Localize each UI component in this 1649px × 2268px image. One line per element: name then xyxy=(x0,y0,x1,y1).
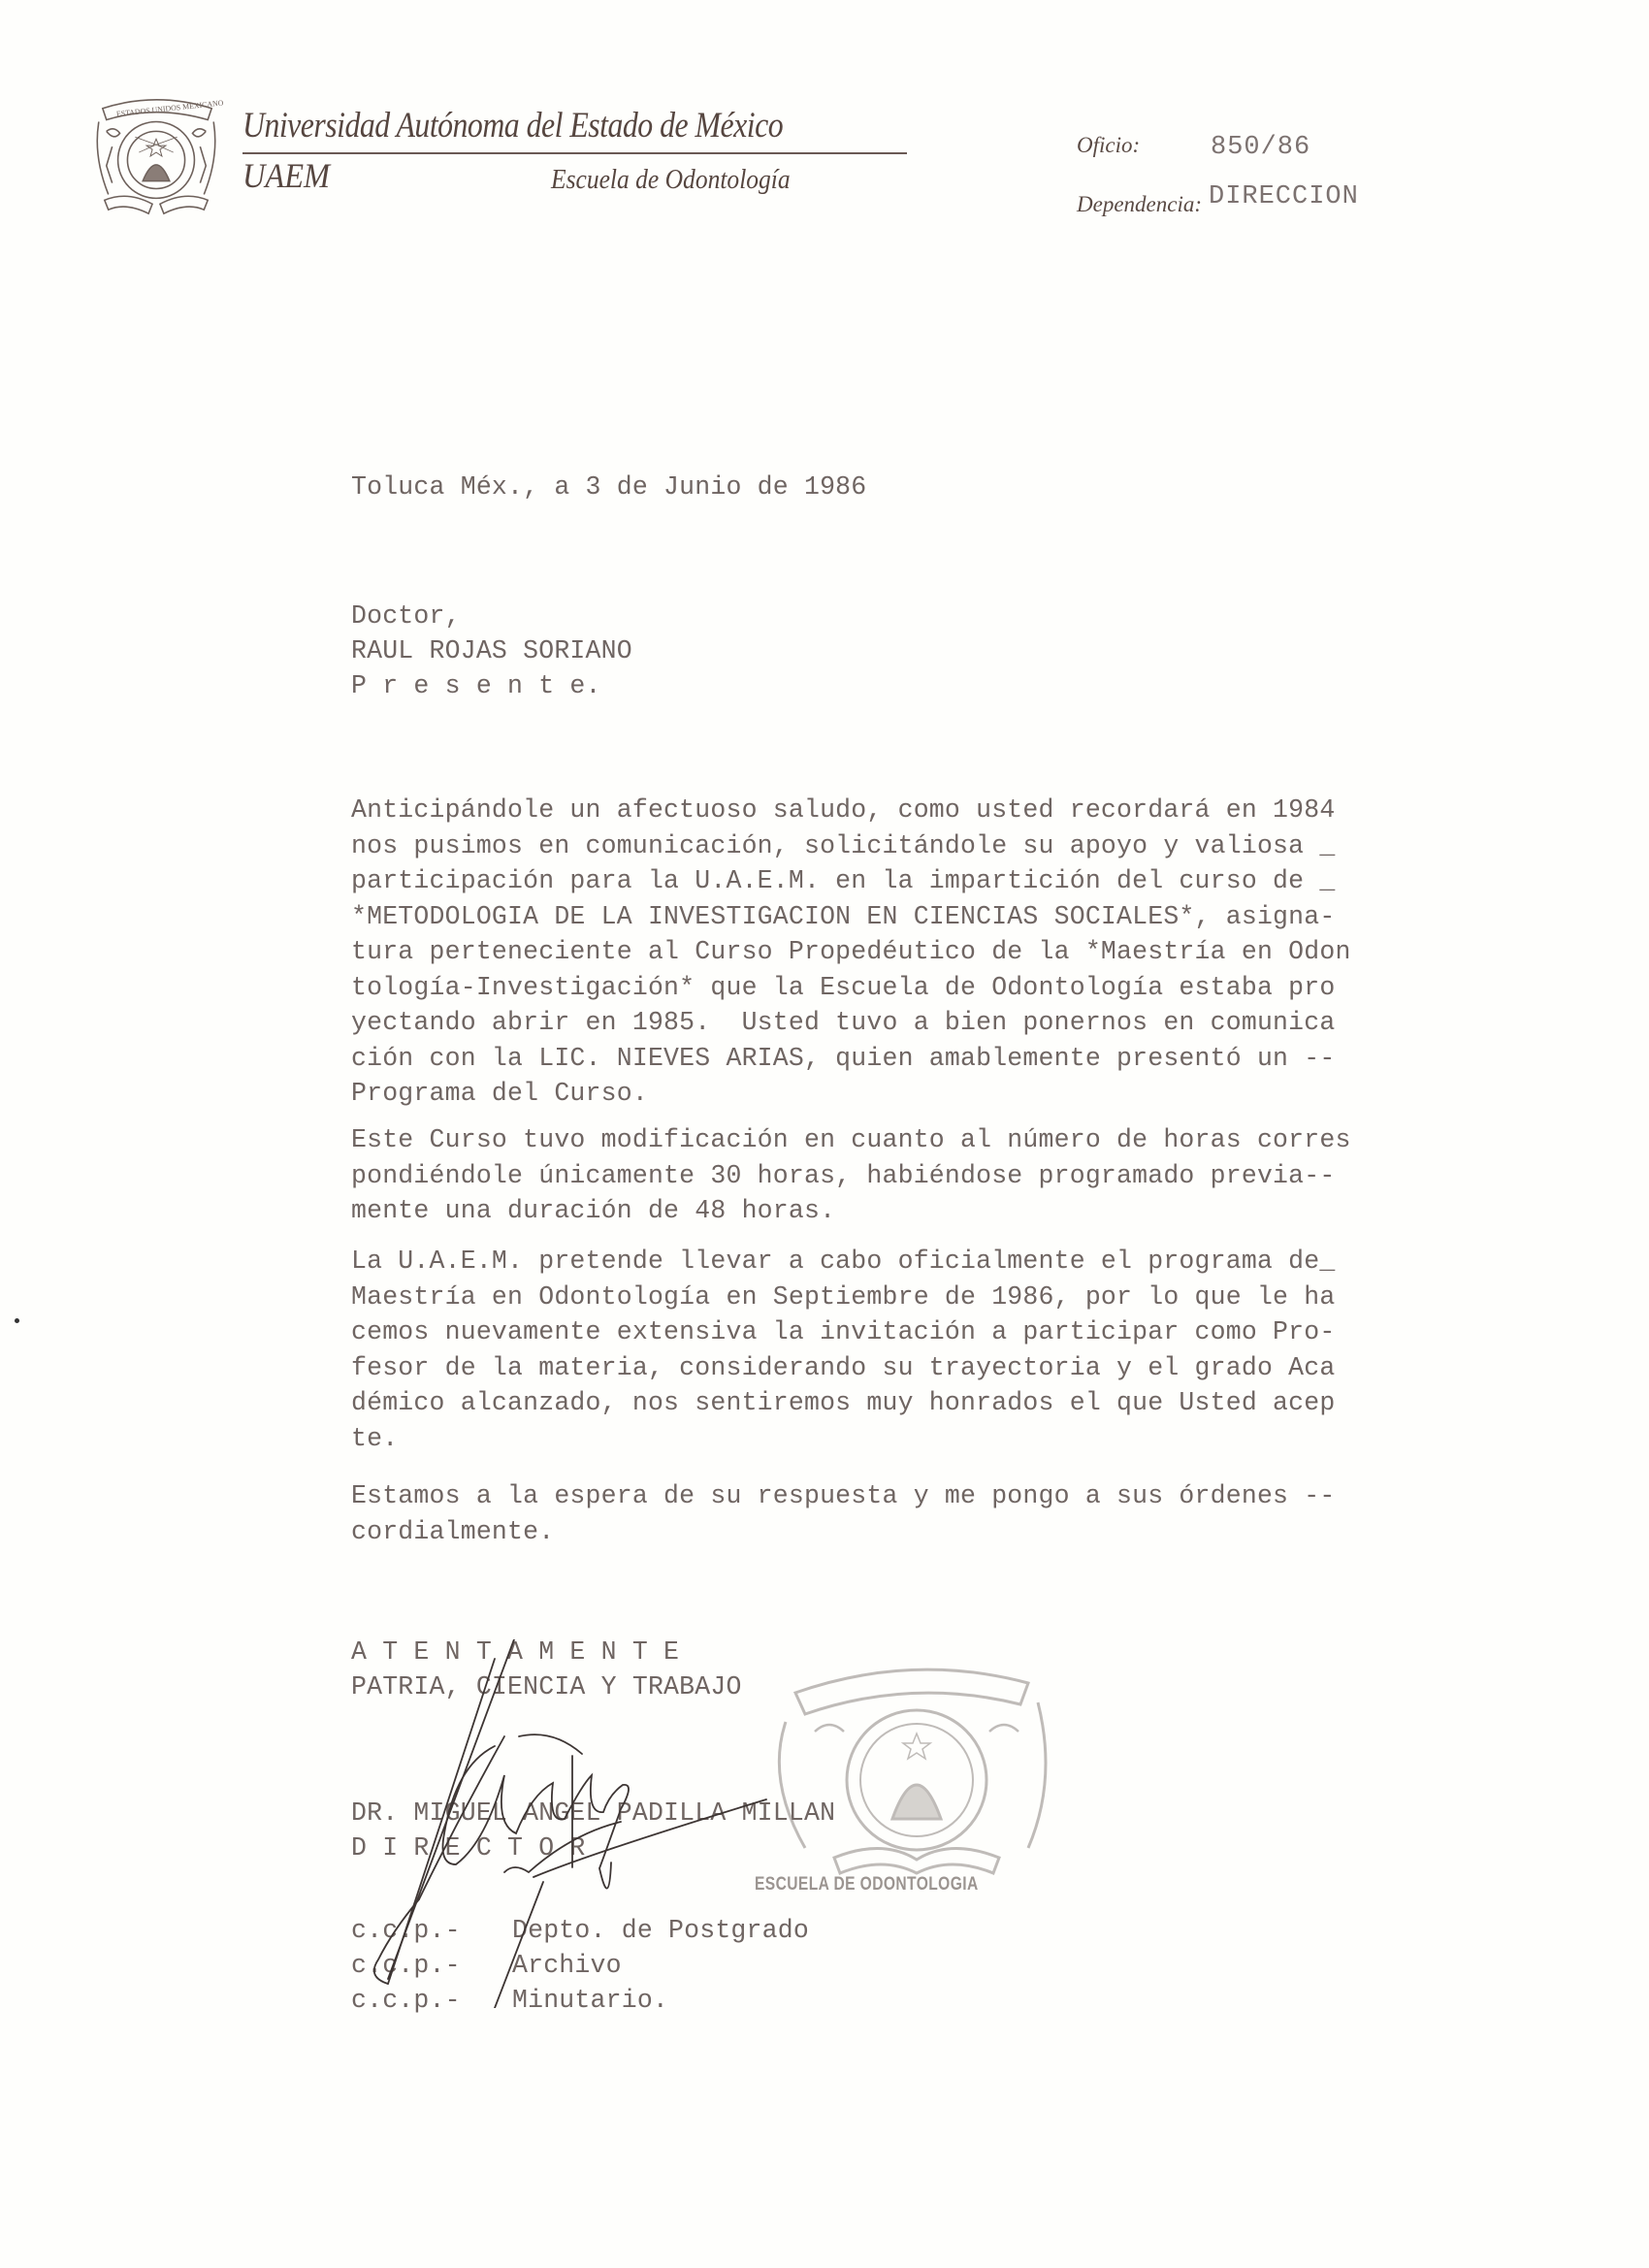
body-line: Este Curso tuvo modificación en cuanto a… xyxy=(351,1125,1351,1154)
body-line: participación para la U.A.E.M. en la imp… xyxy=(351,866,1335,895)
body-line: pondiéndole únicamente 30 horas, habiénd… xyxy=(351,1161,1335,1190)
dependencia-label: Dependencia: xyxy=(1077,192,1202,217)
closing-motto: PATRIA, CIENCIA Y TRABAJO xyxy=(351,1672,742,1701)
letterhead-divider xyxy=(242,152,907,154)
closing-atentamente: A T E N T A M E N T E xyxy=(351,1637,679,1667)
body-line: Maestría en Odontología en Septiembre de… xyxy=(351,1282,1335,1312)
recipient-name: RAUL ROJAS SORIANO xyxy=(351,636,632,665)
signer-title: D I R E C T O R xyxy=(351,1833,586,1863)
body-line: Programa del Curso. xyxy=(351,1079,648,1108)
body-line: démico alcanzado, nos sentiremos muy hon… xyxy=(351,1388,1335,1417)
copy-recipient: Minutario. xyxy=(512,1986,668,2015)
body-line: Anticipándole un afectuoso saludo, como … xyxy=(351,795,1335,825)
body-line: tura perteneciente al Curso Propedéutico… xyxy=(351,937,1351,966)
scan-speck xyxy=(15,1318,19,1323)
dependencia-value: DIRECCION xyxy=(1209,182,1359,211)
oficio-label: Oficio: xyxy=(1077,133,1140,158)
body-line: nos pusimos en comunicación, solicitándo… xyxy=(351,831,1335,860)
body-line: te. xyxy=(351,1424,398,1453)
copy-prefix: c.c.p.- xyxy=(351,1986,461,2015)
school-name: Escuela de Odontología xyxy=(551,164,791,196)
body-line: ción con la LIC. NIEVES ARIAS, quien ama… xyxy=(351,1044,1335,1073)
oficio-number: 850/86 xyxy=(1211,133,1310,162)
body-line: fesor de la materia, considerando su tra… xyxy=(351,1353,1335,1382)
stamp-label: ESCUELA DE ODONTOLOGIA xyxy=(755,1874,979,1895)
body-line: yectando abrir en 1985. Usted tuvo a bie… xyxy=(351,1008,1335,1037)
copy-recipient: Archivo xyxy=(512,1951,622,1980)
copy-recipient: Depto. de Postgrado xyxy=(512,1916,809,1945)
recipient-salutation: Doctor, xyxy=(351,601,461,631)
copy-prefix: c.c.p.- xyxy=(351,1916,461,1945)
body-line: mente una duración de 48 horas. xyxy=(351,1196,835,1225)
date-line: Toluca Méx., a 3 de Junio de 1986 xyxy=(351,472,866,502)
recipient-presente: P r e s e n t e. xyxy=(351,671,601,700)
university-name: Universidad Autónoma del Estado de Méxic… xyxy=(242,105,783,146)
university-acronym: UAEM xyxy=(242,155,330,196)
body-line: cordialmente. xyxy=(351,1517,554,1546)
body-line: cemos nuevamente extensiva la invitación… xyxy=(351,1317,1335,1346)
body-line: tología-Investigación* que la Escuela de… xyxy=(351,973,1335,1002)
letter-page: ESTADOS UNIDOS MEXICANOS Universidad Aut… xyxy=(0,0,1649,2268)
copy-prefix: c.c.p.- xyxy=(351,1951,461,1980)
body-line: Estamos a la espera de su respuesta y me… xyxy=(351,1481,1335,1510)
uaem-coat-of-arms-icon: ESTADOS UNIDOS MEXICANOS xyxy=(89,89,223,223)
body-line: *METODOLOGIA DE LA INVESTIGACION EN CIEN… xyxy=(351,902,1335,931)
body-line: La U.A.E.M. pretende llevar a cabo ofici… xyxy=(351,1247,1335,1276)
school-seal-stamp-icon xyxy=(747,1644,1057,1877)
